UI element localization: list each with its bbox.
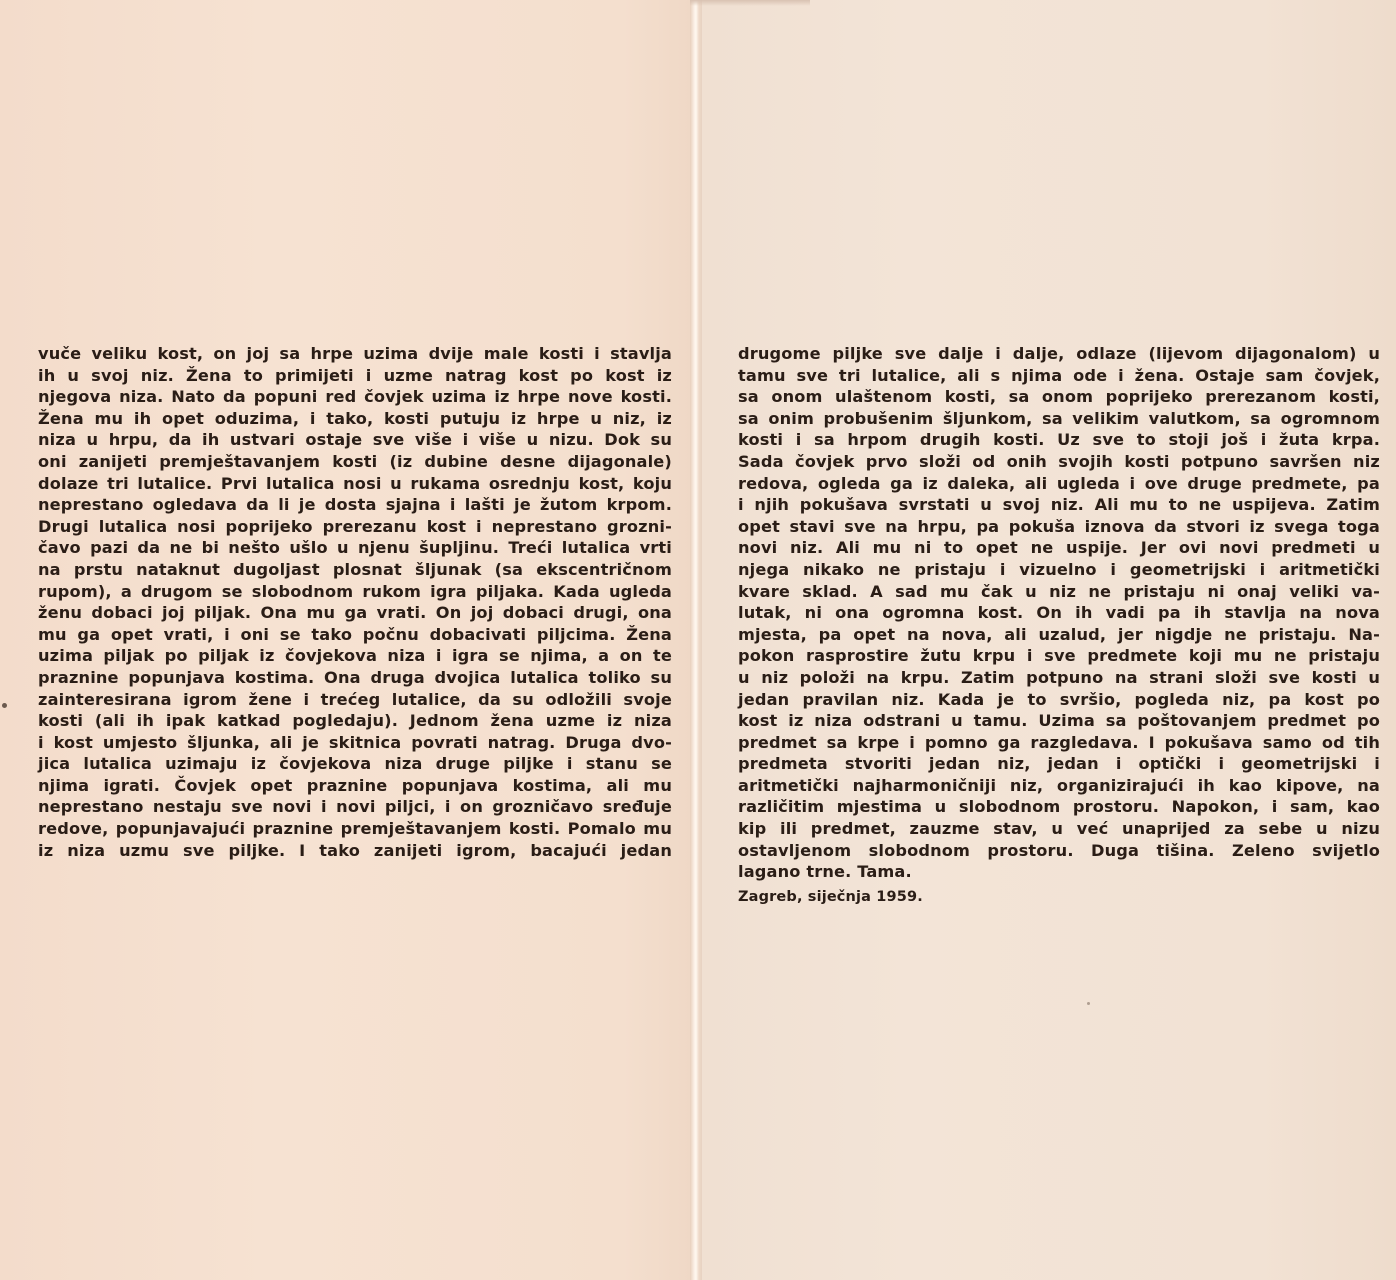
- ink-speck: [2, 703, 7, 708]
- text-line: mu ga opet vrati, i oni se tako počnu do…: [38, 624, 672, 646]
- text-line: sa onom ulaštenom kosti, sa onom poprije…: [738, 386, 1380, 408]
- text-line: niza u hrpu, da ih ustvari ostaje sve vi…: [38, 429, 672, 451]
- text-line: kosti i sa hrpom drugih kosti. Uz sve to…: [738, 429, 1380, 451]
- text-line: njima igrati. Čovjek opet praznine popun…: [38, 775, 672, 797]
- text-line: dolaze tri lutalice. Prvi lutalica nosi …: [38, 473, 672, 495]
- text-line: u niz položi na krpu. Zatim potpuno na s…: [738, 667, 1380, 689]
- text-line: novi niz. Ali mu ni to opet ne uspije. J…: [738, 537, 1380, 559]
- text-line: predmeta stvoriti jedan niz, jedan i opt…: [738, 753, 1380, 775]
- text-line: praznine popunjava kostima. Ona druga dv…: [38, 667, 672, 689]
- text-line: sa onim probušenim šljunkom, sa velikim …: [738, 408, 1380, 430]
- text-line: njega nikako ne pristaju i vizuelno i ge…: [738, 559, 1380, 581]
- text-line: Žena mu ih opet oduzima, i tako, kosti p…: [38, 408, 672, 430]
- text-line: ženu dobaci joj piljak. Ona mu ga vrati.…: [38, 602, 672, 624]
- text-line: drugome piljke sve dalje i dalje, odlaze…: [738, 343, 1380, 365]
- text-line: vuče veliku kost, on joj sa hrpe uzima d…: [38, 343, 672, 365]
- text-line: jedan pravilan niz. Kada je to svršio, p…: [738, 689, 1380, 711]
- signature-place-date: Zagreb, siječnja 1959.: [738, 887, 1380, 909]
- text-line: mjesta, pa opet na nova, ali uzalud, jer…: [738, 624, 1380, 646]
- text-line: njegova niza. Nato da popuni red čovjek …: [38, 386, 672, 408]
- text-line: na prstu nataknut dugoljast plosnat šlju…: [38, 559, 672, 581]
- text-line: različitim mjestima u slobodnom prostoru…: [738, 796, 1380, 818]
- text-line: čavo pazi da ne bi nešto ušlo u njenu šu…: [38, 537, 672, 559]
- right-text-column: drugome piljke sve dalje i dalje, odlaze…: [738, 343, 1380, 908]
- text-line: predmet sa krpe i pomno ga razgledava. I…: [738, 732, 1380, 754]
- text-line: Drugi lutalica nosi poprijeko prerezanu …: [38, 516, 672, 538]
- left-text-column: vuče veliku kost, on joj sa hrpe uzima d…: [38, 343, 672, 861]
- text-line: neprestano ogledava da li je dosta sjajn…: [38, 494, 672, 516]
- text-line: ostavljenom slobodnom prostoru. Duga tiš…: [738, 840, 1380, 862]
- text-line: kvare sklad. A sad mu čak u niz ne prist…: [738, 581, 1380, 603]
- text-line: jica lutalica uzimaju iz čovjekova niza …: [38, 753, 672, 775]
- text-line: redove, popunjavajući praznine premješta…: [38, 818, 672, 840]
- text-line: iz niza uzmu sve piljke. I tako zanijeti…: [38, 840, 672, 862]
- text-line: aritmetički najharmoničniji niz, organiz…: [738, 775, 1380, 797]
- text-line: rupom), a drugom se slobodnom rukom igra…: [38, 581, 672, 603]
- center-fold: [690, 0, 702, 1280]
- paper-speck: [1087, 1002, 1090, 1005]
- text-line: opet stavi sve na hrpu, pa pokuša iznova…: [738, 516, 1380, 538]
- text-line: i kost umjesto šljunka, ali je skitnica …: [38, 732, 672, 754]
- text-line: ih u svoj niz. Žena to primijeti i uzme …: [38, 365, 672, 387]
- text-line: neprestano nestaju sve novi i novi piljc…: [38, 796, 672, 818]
- text-line: i njih pokušava svrstati u svoj niz. Ali…: [738, 494, 1380, 516]
- text-line: Sada čovjek prvo složi od onih svojih ko…: [738, 451, 1380, 473]
- text-line: zainteresirana igrom žene i trećeg lutal…: [38, 689, 672, 711]
- text-line: oni zanijeti premještavanjem kosti (iz d…: [38, 451, 672, 473]
- text-line: kost iz niza odstrani u tamu. Uzima sa p…: [738, 710, 1380, 732]
- text-line: lagano trne. Tama.: [738, 861, 1380, 883]
- text-line: redova, ogleda ga iz daleka, ali ugleda …: [738, 473, 1380, 495]
- text-line: tamu sve tri lutalice, ali s njima ode i…: [738, 365, 1380, 387]
- text-line: pokon rasprostire žutu krpu i sve predme…: [738, 645, 1380, 667]
- text-line: kip ili predmet, zauzme stav, u već unap…: [738, 818, 1380, 840]
- text-line: kosti (ali ih ipak katkad pogledaju). Je…: [38, 710, 672, 732]
- text-line: lutak, ni ona ogromna kost. On ih vadi p…: [738, 602, 1380, 624]
- paper-edge: [690, 0, 810, 6]
- text-line: uzima piljak po piljak iz čovjekova niza…: [38, 645, 672, 667]
